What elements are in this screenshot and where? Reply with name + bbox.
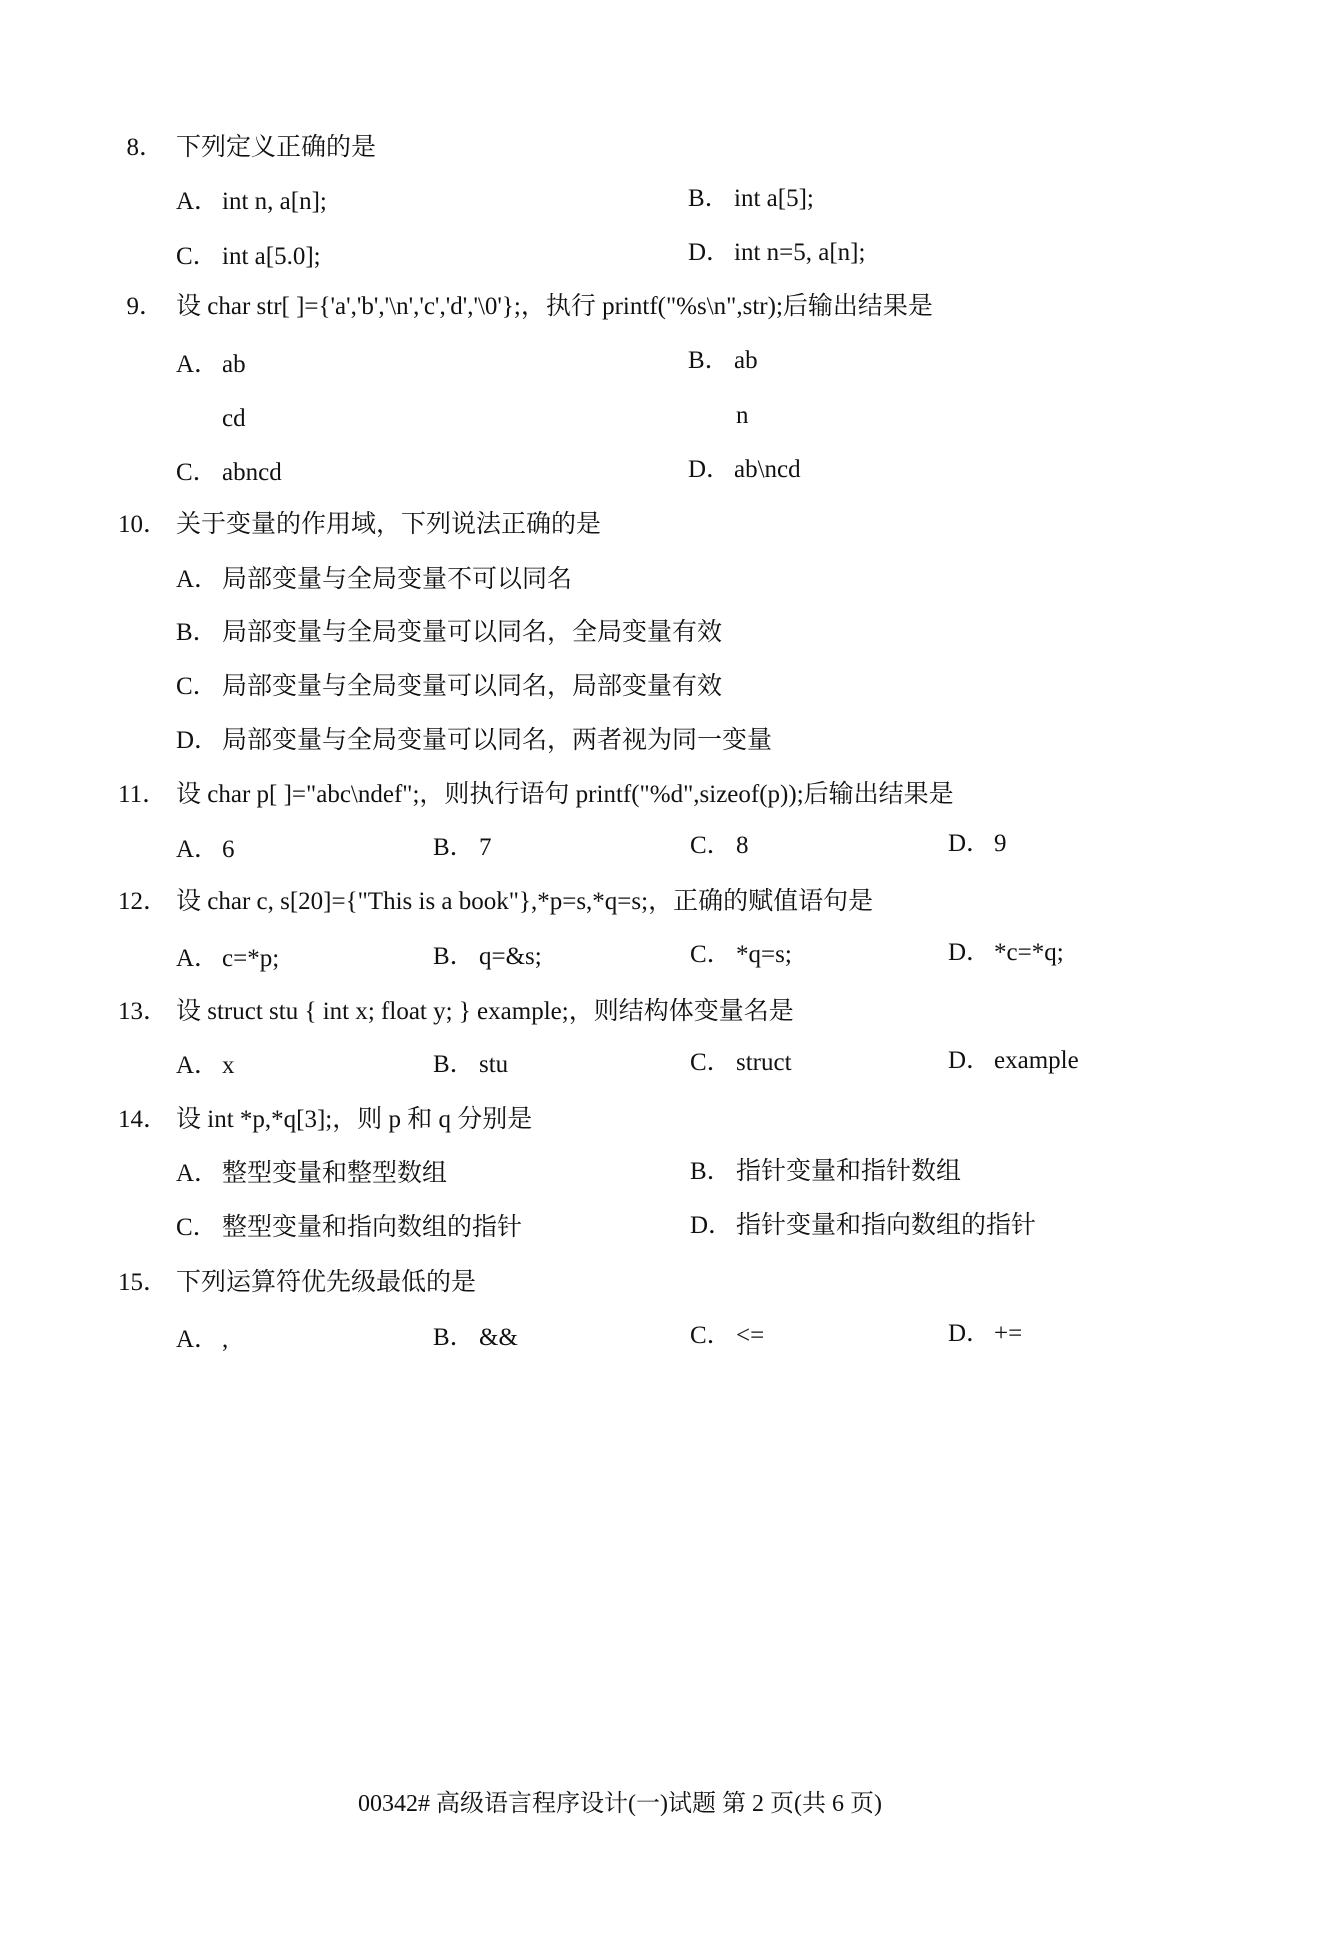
question-stem: 下列定义正确的是 (176, 133, 376, 163)
question-number: 10． (118, 510, 164, 540)
question-stem: 设 char str[ ]={'a','b','\n','c','d','\0'… (176, 292, 933, 322)
question-number: 11． (118, 780, 164, 810)
option-a: A．x (176, 1051, 235, 1081)
question-stem: 设 char p[ ]="abc\ndef";，则执行语句 printf("%d… (176, 780, 954, 810)
option-b-line2: n (736, 401, 749, 431)
question-stem: 下列运算符优先级最低的是 (176, 1268, 476, 1298)
option-c: C．局部变量与全局变量可以同名，局部变量有效 (176, 672, 722, 702)
question-stem: 设 struct stu { int x; float y; } example… (176, 997, 794, 1027)
option-a: A．局部变量与全局变量不可以同名 (176, 565, 572, 595)
option-a: A．ab (176, 350, 246, 380)
question-stem: 设 int *p,*q[3];，则 p 和 q 分别是 (176, 1105, 532, 1135)
option-a: A．, (176, 1325, 228, 1355)
option-a: A．整型变量和整型数组 (176, 1159, 447, 1189)
option-d: D．example (948, 1046, 1079, 1076)
option-a: A．c=*p; (176, 944, 279, 974)
page-footer: 00342# 高级语言程序设计(一)试题 第 2 页(共 6 页) (358, 1789, 882, 1819)
option-b: B．指针变量和指针数组 (690, 1157, 961, 1187)
option-d: D．ab\ncd (688, 455, 801, 485)
option-c: C．abncd (176, 458, 282, 488)
option-c: C．int a[5.0]; (176, 242, 321, 272)
question-number: 15． (118, 1268, 164, 1298)
question-number: 12． (118, 887, 164, 917)
option-a: A．int n, a[n]; (176, 187, 327, 217)
question-stem: 关于变量的作用域，下列说法正确的是 (176, 510, 601, 540)
option-b: B．ab (688, 346, 758, 376)
option-d: D．局部变量与全局变量可以同名，两者视为同一变量 (176, 726, 772, 756)
question-number: 9． (118, 292, 164, 322)
option-c: C．8 (690, 831, 749, 861)
option-c: C．struct (690, 1048, 792, 1078)
option-a: A．6 (176, 835, 235, 865)
option-c: C．整型变量和指向数组的指针 (176, 1213, 522, 1243)
option-b: B．&& (433, 1323, 518, 1353)
option-b: B．stu (433, 1050, 508, 1080)
option-a-line2: cd (222, 404, 246, 434)
option-d: D．指针变量和指向数组的指针 (690, 1211, 1036, 1241)
question-number: 13． (118, 997, 164, 1027)
option-b: B．7 (433, 833, 492, 863)
question-stem: 设 char c, s[20]={"This is a book"},*p=s,… (176, 887, 873, 917)
option-c: C．<= (690, 1321, 764, 1351)
option-d: D．int n=5, a[n]; (688, 238, 865, 268)
option-b: B．int a[5]; (688, 184, 814, 214)
option-c: C．*q=s; (690, 940, 792, 970)
option-b: B．局部变量与全局变量可以同名，全局变量有效 (176, 618, 722, 648)
question-number: 14． (118, 1105, 164, 1135)
option-d: D．+= (948, 1319, 1022, 1349)
option-d: D．9 (948, 829, 1007, 859)
option-d: D．*c=*q; (948, 938, 1064, 968)
option-b: B．q=&s; (433, 942, 542, 972)
question-number: 8． (118, 133, 164, 163)
